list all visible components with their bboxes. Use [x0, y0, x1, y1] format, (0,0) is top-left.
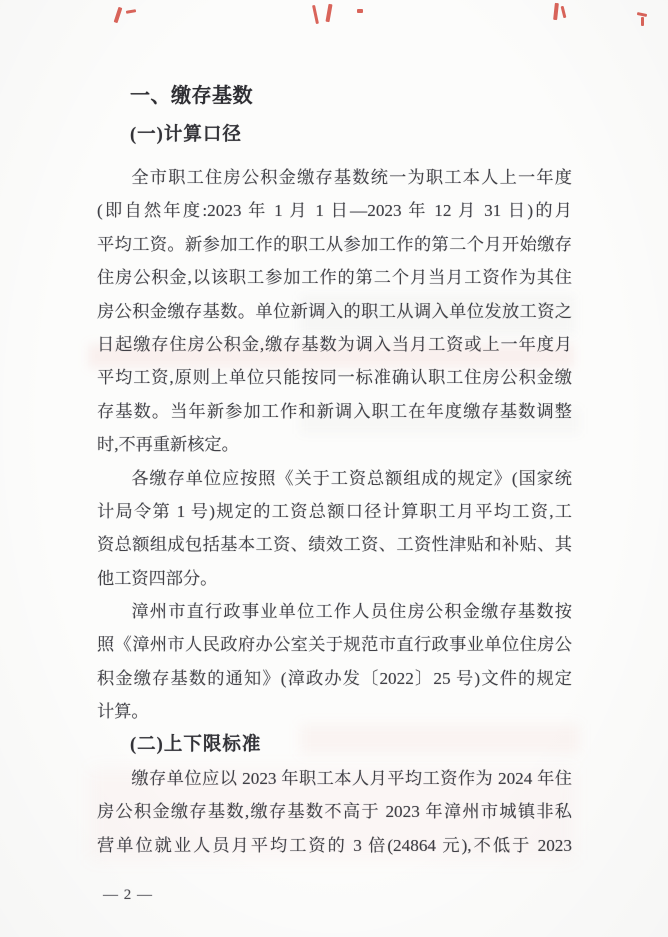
red-stamp-fragment-icon	[126, 9, 136, 14]
red-stamp-fragment-icon	[553, 3, 559, 20]
body-line: 积金缴存基数的通知》(漳政办发〔2022〕25 号)文件的规定	[97, 662, 572, 695]
body-line: 平均工资。新参加工作的职工从参加工作的第二个月开始缴存	[97, 228, 572, 261]
paragraph: 漳州市直行政事业单位工作人员住房公积金缴存基数按 照《漳州市人民政府办公室关于规…	[97, 595, 572, 729]
body-line: 存基数。当年新参加工作和新调入职工在年度缴存基数调整	[97, 395, 572, 428]
red-stamp-fragment-icon	[357, 9, 363, 13]
red-stamp-fragment-icon	[641, 17, 644, 26]
red-stamp-fragment-icon	[312, 5, 319, 24]
scanned-document-page: 一、缴存基数 (一)计算口径 全市职工住房公积金缴存基数统一为职工本人上一年度 …	[0, 0, 668, 937]
body-line: 他工资四部分。	[97, 562, 572, 595]
paragraph: 各缴存单位应按照《关于工资总额组成的规定》(国家统 计局令第 1 号)规定的工资…	[97, 462, 572, 596]
body-line: 营单位就业人员月平均工资的 3 倍(24864 元),不低于 2023	[97, 829, 572, 862]
body-line: 各缴存单位应按照《关于工资总额组成的规定》(国家统	[97, 462, 572, 495]
body-line: (即自然年度:2023 年 1 月 1 日—2023 年 12 月 31 日)的…	[97, 194, 572, 227]
body-line: 漳州市直行政事业单位工作人员住房公积金缴存基数按	[97, 595, 572, 628]
red-stamp-fragment-icon	[325, 4, 332, 22]
subsection-heading-limits: (二)上下限标准	[97, 729, 572, 762]
paragraph: 缴存单位应以 2023 年职工本人月平均工资作为 2024 年住 房公积金缴存基…	[97, 762, 572, 862]
subsection-heading-calculation: (一)计算口径	[97, 123, 572, 147]
red-stamp-fragment-icon	[114, 7, 123, 23]
document-body: 一、缴存基数 (一)计算口径 全市职工住房公积金缴存基数统一为职工本人上一年度 …	[97, 84, 572, 862]
section-heading: 一、缴存基数	[97, 84, 572, 108]
red-stamp-fragment-icon	[561, 6, 567, 18]
body-line: 时,不再重新核定。	[97, 428, 572, 461]
body-line: 住房公积金,以该职工参加工作的第二个月当月工资作为其住	[97, 261, 572, 294]
body-line: 资总额组成包括基本工资、绩效工资、工资性津贴和补贴、其	[97, 528, 572, 561]
body-line: 照《漳州市人民政府办公室关于规范市直行政事业单位住房公	[97, 628, 572, 661]
body-line: 缴存单位应以 2023 年职工本人月平均工资作为 2024 年住	[97, 762, 572, 795]
page-number: — 2 —	[103, 886, 153, 904]
paragraph: 全市职工住房公积金缴存基数统一为职工本人上一年度 (即自然年度:2023 年 1…	[97, 161, 572, 462]
body-line: 计局令第 1 号)规定的工资总额口径计算职工月平均工资,工	[97, 495, 572, 528]
body-line: 计算。	[97, 695, 572, 728]
body-line: 平均工资,原则上单位只能按同一标准确认职工住房公积金缴	[97, 361, 572, 394]
body-line: 全市职工住房公积金缴存基数统一为职工本人上一年度	[97, 161, 572, 194]
body-line: 房公积金缴存基数。单位新调入的职工从调入单位发放工资之	[97, 295, 572, 328]
body-line: 房公积金缴存基数,缴存基数不高于 2023 年漳州市城镇非私	[97, 795, 572, 828]
body-line: 日起缴存住房公积金,缴存基数为调入当月工资或上一年度月	[97, 328, 572, 361]
